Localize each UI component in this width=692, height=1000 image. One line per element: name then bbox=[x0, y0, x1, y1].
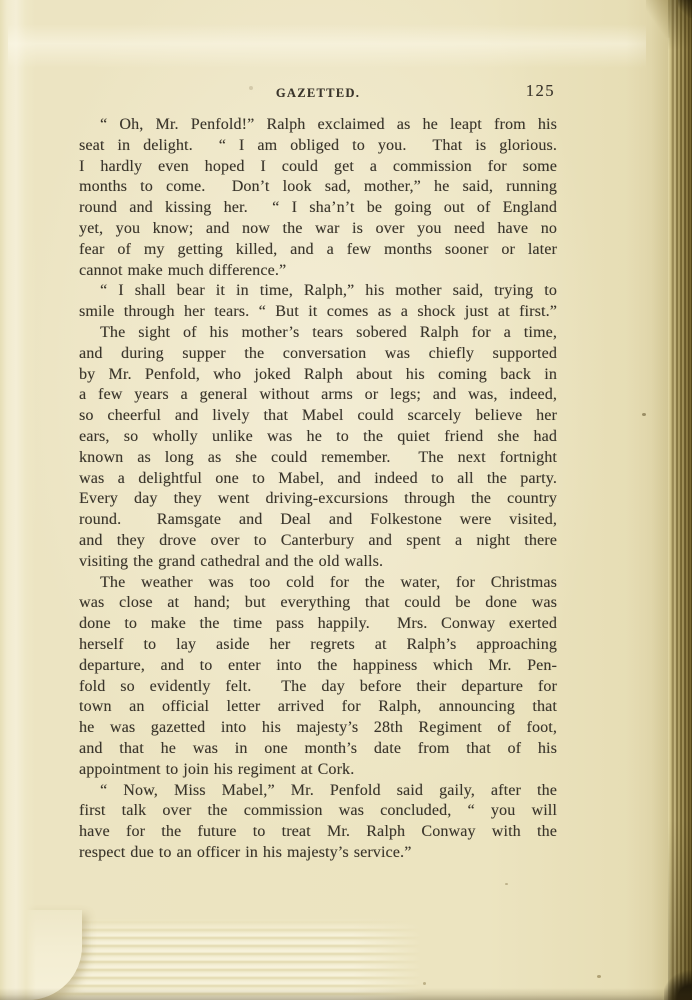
text-line: The weather was too cold for the water, … bbox=[79, 573, 557, 594]
text-line: by Mr. Penfold, who joked Ralph about hi… bbox=[79, 365, 557, 386]
text-line: first talk over the commission was concl… bbox=[79, 801, 557, 822]
text-line: months to come. Don’t look sad, mother,”… bbox=[79, 177, 557, 198]
text-line: herself to lay aside her regrets at Ralp… bbox=[79, 635, 557, 656]
text-line: and that he was in one month’s date from… bbox=[79, 739, 557, 760]
text-line: fold so evidently felt. The day before t… bbox=[79, 677, 557, 698]
text-line: respect due to an officer in his majesty… bbox=[79, 843, 557, 864]
text-line: and during supper the conversation was c… bbox=[79, 344, 557, 365]
text-line: appointment to join his regiment at Cork… bbox=[79, 760, 557, 781]
text-line: Every day they went driving-excursions t… bbox=[79, 489, 557, 510]
text-line: visiting the grand cathedral and the old… bbox=[79, 552, 557, 573]
text-line: “ Now, Miss Mabel,” Mr. Penfold said gai… bbox=[79, 781, 557, 802]
paragraph: “ I shall bear it in time, Ralph,” his m… bbox=[79, 281, 557, 323]
running-head-title: GAZETTED. bbox=[276, 86, 360, 100]
text-line: and they drove over to Canterbury and sp… bbox=[79, 531, 557, 552]
paragraph: The sight of his mother’s tears sobered … bbox=[79, 323, 557, 573]
text-line: round. Ramsgate and Deal and Folkestone … bbox=[79, 510, 557, 531]
text-line: cannot make much difference.” bbox=[79, 261, 557, 282]
text-line: round and kissing her. “ I sha’n’t be go… bbox=[79, 198, 557, 219]
text-line: done to make the time pass happily. Mrs.… bbox=[79, 614, 557, 635]
text-line: ears, so wholly unlike was he to the qui… bbox=[79, 427, 557, 448]
text-line: “ Oh, Mr. Penfold!” Ralph exclaimed as h… bbox=[79, 115, 557, 136]
top-right-page-curl bbox=[646, 0, 670, 38]
text-line: The sight of his mother’s tears sobered … bbox=[79, 323, 557, 344]
text-line: a few years a general without arms or le… bbox=[79, 385, 557, 406]
running-head: GAZETTED. 125 bbox=[79, 84, 557, 102]
text-line: was a delightful one to Mabel, and indee… bbox=[79, 469, 557, 490]
text-line: he was gazetted into his majesty’s 28th … bbox=[79, 718, 557, 739]
text-line: have for the future to treat Mr. Ralph C… bbox=[79, 822, 557, 843]
body-text: “ Oh, Mr. Penfold!” Ralph exclaimed as h… bbox=[79, 115, 557, 864]
scan-speck bbox=[597, 975, 601, 978]
paragraph: “ Now, Miss Mabel,” Mr. Penfold said gai… bbox=[79, 781, 557, 864]
text-line: known as long as she could remember. The… bbox=[79, 448, 557, 469]
text-line: was close at hand; but everything that c… bbox=[79, 593, 557, 614]
text-line: smile through her tears. “ But it comes … bbox=[79, 302, 557, 323]
paragraph: The weather was too cold for the water, … bbox=[79, 573, 557, 781]
text-line: so cheerful and lively that Mabel could … bbox=[79, 406, 557, 427]
text-line: fear of my getting killed, and a few mon… bbox=[79, 240, 557, 261]
page-left-edge-highlight bbox=[0, 0, 36, 1000]
book-page-scan: GAZETTED. 125 “ Oh, Mr. Penfold!” Ralph … bbox=[0, 0, 692, 1000]
text-line: seat in delight. “ I am obliged to you. … bbox=[79, 136, 557, 157]
text-line: departure, and to enter into the happine… bbox=[79, 656, 557, 677]
scan-speck bbox=[642, 413, 646, 416]
text-line: yet, you know; and now the war is over y… bbox=[79, 219, 557, 240]
paragraph: “ Oh, Mr. Penfold!” Ralph exclaimed as h… bbox=[79, 115, 557, 281]
page-number: 125 bbox=[526, 81, 555, 101]
book-fore-edge-pages bbox=[668, 0, 692, 1000]
text-line: I hardly even hoped I could get a commis… bbox=[79, 157, 557, 178]
top-right-shadow bbox=[678, 0, 692, 18]
scan-speck bbox=[505, 883, 508, 885]
scan-speck bbox=[423, 982, 426, 985]
text-line: “ I shall bear it in time, Ralph,” his m… bbox=[79, 281, 557, 302]
bottom-edge-shadow bbox=[0, 988, 692, 1000]
text-line: town an official letter arrived for Ralp… bbox=[79, 697, 557, 718]
page-curl-shade bbox=[626, 0, 668, 1000]
page-top-curl-highlight bbox=[8, 24, 646, 68]
